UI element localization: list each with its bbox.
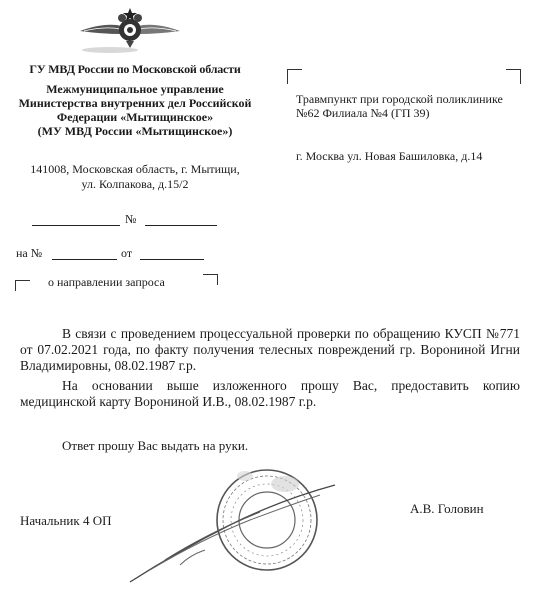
org-header: ГУ МВД России по Московской области (0, 62, 270, 77)
org-name-line: Министерства внутренних дел Российской (0, 96, 270, 110)
date-blank-line (32, 225, 120, 226)
mvd-emblem-icon (70, 4, 190, 54)
body-paragraph-3: Ответ прошу Вас выдать на руки. (20, 438, 520, 454)
number-sign: № (125, 212, 136, 227)
recipient-line: Травмпункт при городской поликлинике (296, 92, 503, 106)
ref-date-blank-line (140, 259, 204, 260)
body-paragraph-2: На основании выше изложенного прошу Вас,… (20, 378, 520, 410)
number-blank-line (145, 225, 217, 226)
org-name: Межмуниципальное управление Министерства… (0, 82, 270, 138)
org-name-line: Межмуниципальное управление (0, 82, 270, 96)
recipient-corner-right (506, 69, 521, 84)
recipient-line: №62 Филиала №4 (ГП 39) (296, 106, 503, 120)
recipient-name: Травмпункт при городской поликлинике №62… (296, 92, 503, 120)
recipient-corner-left (287, 69, 302, 84)
subject-corner-left (15, 280, 30, 291)
subject-line: о направлении запроса (48, 275, 165, 290)
org-name-line: (МУ МВД России «Мытищинское») (0, 124, 270, 138)
subject-corner-right (203, 274, 218, 285)
handwritten-signature-icon (120, 470, 340, 590)
org-name-line: Федерации «Мытищинское» (0, 110, 270, 124)
address-line: 141008, Московская область, г. Мытищи, (0, 162, 270, 177)
ref-number-label: на № (16, 246, 42, 261)
sender-address: 141008, Московская область, г. Мытищи, у… (0, 162, 270, 192)
signer-name: А.В. Головин (410, 501, 484, 517)
ref-number-blank-line (52, 259, 117, 260)
ref-from-label: от (121, 246, 132, 261)
address-line: ул. Колпакова, д.15/2 (0, 177, 270, 192)
signer-position: Начальник 4 ОП (20, 513, 111, 529)
body-paragraph-1: В связи с проведением процессуальной про… (20, 326, 520, 374)
recipient-address: г. Москва ул. Новая Башиловка, д.14 (296, 149, 482, 163)
